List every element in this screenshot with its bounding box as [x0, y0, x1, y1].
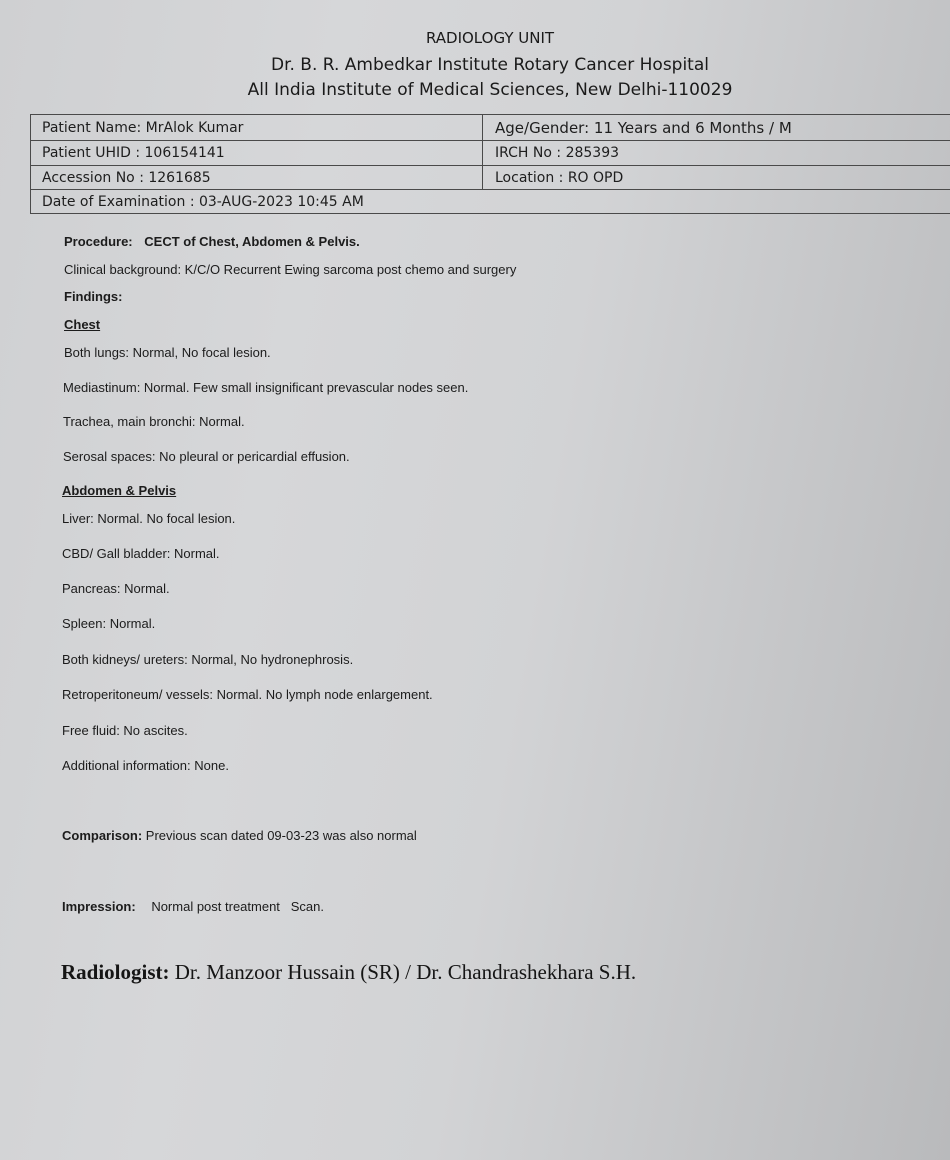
impression-label: Impression: [62, 899, 136, 914]
impression-value: Normal post treatment Scan. [151, 899, 324, 914]
comparison-value: Previous scan dated 09-03-23 was also no… [146, 828, 417, 843]
clinical-background: Clinical background: K/C/O Recurrent Ewi… [64, 262, 516, 277]
location: Location : RO OPD [483, 166, 943, 189]
accession-number: Accession No : 1261685 [30, 166, 482, 189]
procedure-value: CECT of Chest, Abdomen & Pelvis. [144, 234, 360, 249]
patient-uhid: Patient UHID : 106154141 [30, 141, 482, 165]
finding-both-lungs: Both lungs: Normal, No focal lesion. [64, 345, 271, 360]
finding-liver: Liver: Normal. No focal lesion. [62, 511, 235, 526]
comparison: Comparison: Previous scan dated 09-03-23… [62, 828, 417, 843]
finding-serosal-spaces: Serosal spaces: No pleural or pericardia… [63, 449, 350, 464]
clinical-background-text: Clinical background: K/C/O Recurrent Ewi… [64, 262, 516, 277]
finding-free-fluid: Free fluid: No ascites. [62, 723, 188, 738]
finding-retroperitoneum: Retroperitoneum/ vessels: Normal. No lym… [62, 687, 433, 702]
institute-name: All India Institute of Medical Sciences,… [0, 80, 950, 100]
finding-mediastinum: Mediastinum: Normal. Few small insignifi… [63, 380, 468, 395]
finding-additional-info: Additional information: None. [62, 758, 229, 773]
finding-gall-bladder: CBD/ Gall bladder: Normal. [62, 546, 220, 561]
radiologist-label: Radiologist: [61, 960, 170, 984]
procedure: Procedure: CECT of Chest, Abdomen & Pelv… [64, 234, 360, 249]
finding-trachea: Trachea, main bronchi: Normal. [63, 414, 245, 429]
impression: Impression: Normal post treatment Scan. [62, 899, 324, 914]
hospital-name: Dr. B. R. Ambedkar Institute Rotary Canc… [0, 55, 950, 75]
finding-spleen: Spleen: Normal. [62, 616, 155, 631]
radiologist-line: Radiologist: Dr. Manzoor Hussain (SR) / … [61, 960, 636, 985]
findings-label: Findings: [64, 289, 123, 304]
radiology-report-page: RADIOLOGY UNIT Dr. B. R. Ambedkar Instit… [0, 0, 950, 1160]
chest-heading: Chest [64, 317, 100, 332]
unit-title: RADIOLOGY UNIT [0, 29, 950, 47]
procedure-label: Procedure: [64, 234, 133, 249]
finding-kidneys: Both kidneys/ ureters: Normal, No hydron… [62, 652, 353, 667]
age-gender: Age/Gender: 11 Years and 6 Months / M [483, 115, 943, 140]
finding-pancreas: Pancreas: Normal. [62, 581, 170, 596]
irch-number: IRCH No : 285393 [483, 141, 943, 165]
exam-date: Date of Examination : 03-AUG-2023 10:45 … [30, 190, 630, 213]
patient-name: Patient Name: MrAlok Kumar [30, 115, 482, 140]
radiologist-names: Dr. Manzoor Hussain (SR) / Dr. Chandrash… [175, 960, 636, 984]
abdomen-heading: Abdomen & Pelvis [62, 483, 176, 498]
comparison-label: Comparison: [62, 828, 142, 843]
